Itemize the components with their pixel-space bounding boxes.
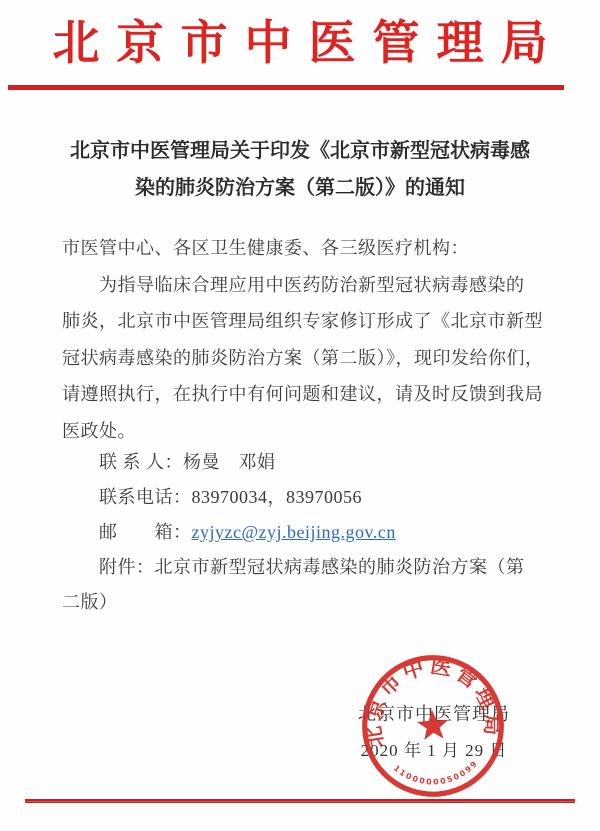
contact-phone-line: 联系电话：83970034，83970056 <box>62 480 550 515</box>
contact-person-value: 杨曼 邓娟 <box>183 452 276 472</box>
body-text: 市医管中心、各区卫生健康委、各三级医疗机构： 为指导临床合理应用中医药防治新型冠… <box>62 230 550 449</box>
contact-phone-value: 83970034，83970056 <box>192 487 363 507</box>
attachment-line2: 二版） <box>62 585 550 620</box>
contact-info: 联 系 人：杨曼 邓娟 联系电话：83970034，83970056 邮 箱：z… <box>62 445 550 550</box>
star-icon <box>416 708 449 740</box>
document-title-line2: 染的肺炎防治方案（第二版）》的通知 <box>0 170 600 207</box>
paragraph-line: 医政处。 <box>62 413 550 450</box>
contact-email-label: 邮 箱： <box>99 522 192 542</box>
attachment-line1: 附件：北京市新型冠状病毒感染的肺炎防治方案（第 <box>62 550 550 585</box>
document-title-line1: 北京市中医管理局关于印发《北京市新型冠状病毒感 <box>0 133 600 170</box>
letterhead-divider <box>8 85 564 90</box>
contact-phone-label: 联系电话： <box>99 487 192 507</box>
official-seal-stamp: 北京市中医管理局 1100000050099 <box>353 646 513 806</box>
document-title: 北京市中医管理局关于印发《北京市新型冠状病毒感 染的肺炎防治方案（第二版）》的通… <box>0 133 600 207</box>
contact-person-line: 联 系 人：杨曼 邓娟 <box>62 445 550 480</box>
paragraph-line: 冠状病毒感染的肺炎防治方案（第二版）》，现印发给你们， <box>62 340 550 377</box>
footer-divider <box>25 799 575 803</box>
paragraph-line: 请遵照执行，在执行中有何问题和建议，请及时反馈到我局 <box>62 376 550 413</box>
salutation-line: 市医管中心、各区卫生健康委、各三级医疗机构： <box>62 230 550 267</box>
email-link[interactable]: zyjyzc@zyj.beijing.gov.cn <box>192 522 396 542</box>
letterhead-title: 北京市中医管理局 <box>0 8 600 80</box>
document-page: 北京市中医管理局 北京市中医管理局关于印发《北京市新型冠状病毒感 染的肺炎防治方… <box>0 0 600 831</box>
paragraph-line: 为指导临床合理应用中医药防治新型冠状病毒感染的 <box>62 267 550 304</box>
contact-person-label: 联 系 人： <box>99 452 183 472</box>
paragraph-line: 肺炎，北京市中医管理局组织专家修订形成了《北京市新型 <box>62 303 550 340</box>
attachment-info: 附件：北京市新型冠状病毒感染的肺炎防治方案（第 二版） <box>62 550 550 620</box>
contact-email-line: 邮 箱：zyjyzc@zyj.beijing.gov.cn <box>62 515 550 550</box>
